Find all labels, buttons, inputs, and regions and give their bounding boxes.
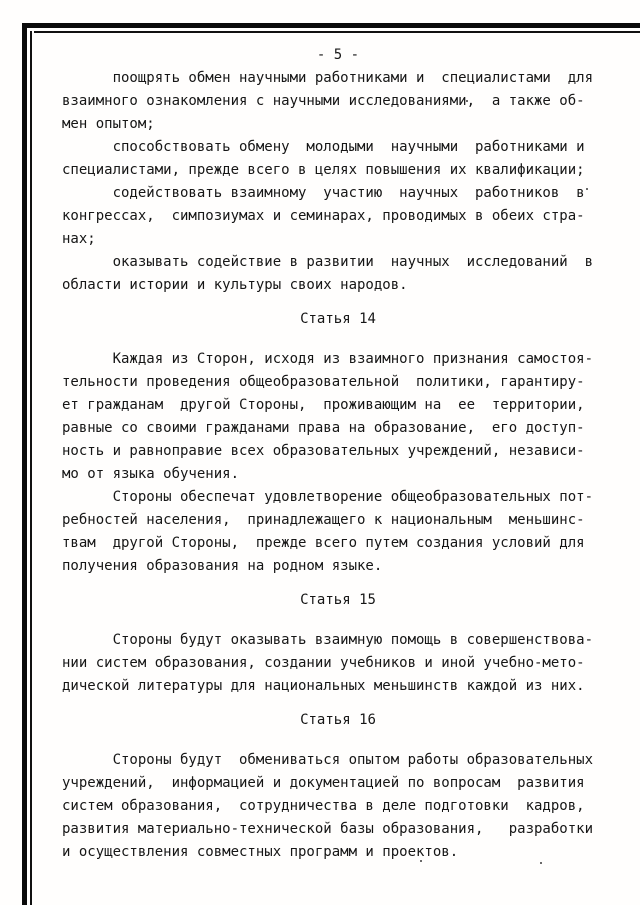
paragraph: оказывать содействие в развитии научных … <box>62 251 614 297</box>
text-blocks: поощрять обмен научными работниками и сп… <box>62 67 614 864</box>
paragraph: способствовать обмену молодыми научными … <box>62 136 614 182</box>
paragraph: Стороны будут оказывать взаимную помощь … <box>62 629 614 698</box>
scan-border-top-inner <box>34 31 640 33</box>
document-text: - 5 - поощрять обмен научными работникам… <box>62 44 614 864</box>
article-heading: Статья 16 <box>62 709 614 732</box>
scan-speck <box>586 188 588 190</box>
page-number: - 5 - <box>62 44 614 67</box>
paragraph: содействовать взаимному участию научных … <box>62 182 614 251</box>
paragraph: Каждая из Сторон, исходя из взаимного пр… <box>62 348 614 486</box>
scan-speck <box>560 262 562 264</box>
paragraph: Стороны обеспечат удовлетворение общеобр… <box>62 486 614 578</box>
scan-border-left-inner <box>30 31 32 905</box>
article-heading: Статья 15 <box>62 589 614 612</box>
paragraph: Стороны будут обмениваться опытом работы… <box>62 749 614 864</box>
scan-border-top <box>22 23 640 28</box>
scanned-page: - 5 - поощрять обмен научными работникам… <box>0 0 640 905</box>
article-heading: Статья 14 <box>62 308 614 331</box>
scan-speck <box>420 860 422 862</box>
scan-border-left <box>22 23 27 905</box>
scan-speck <box>466 100 468 102</box>
scan-speck <box>540 862 542 864</box>
paragraph: поощрять обмен научными работниками и сп… <box>62 67 614 136</box>
